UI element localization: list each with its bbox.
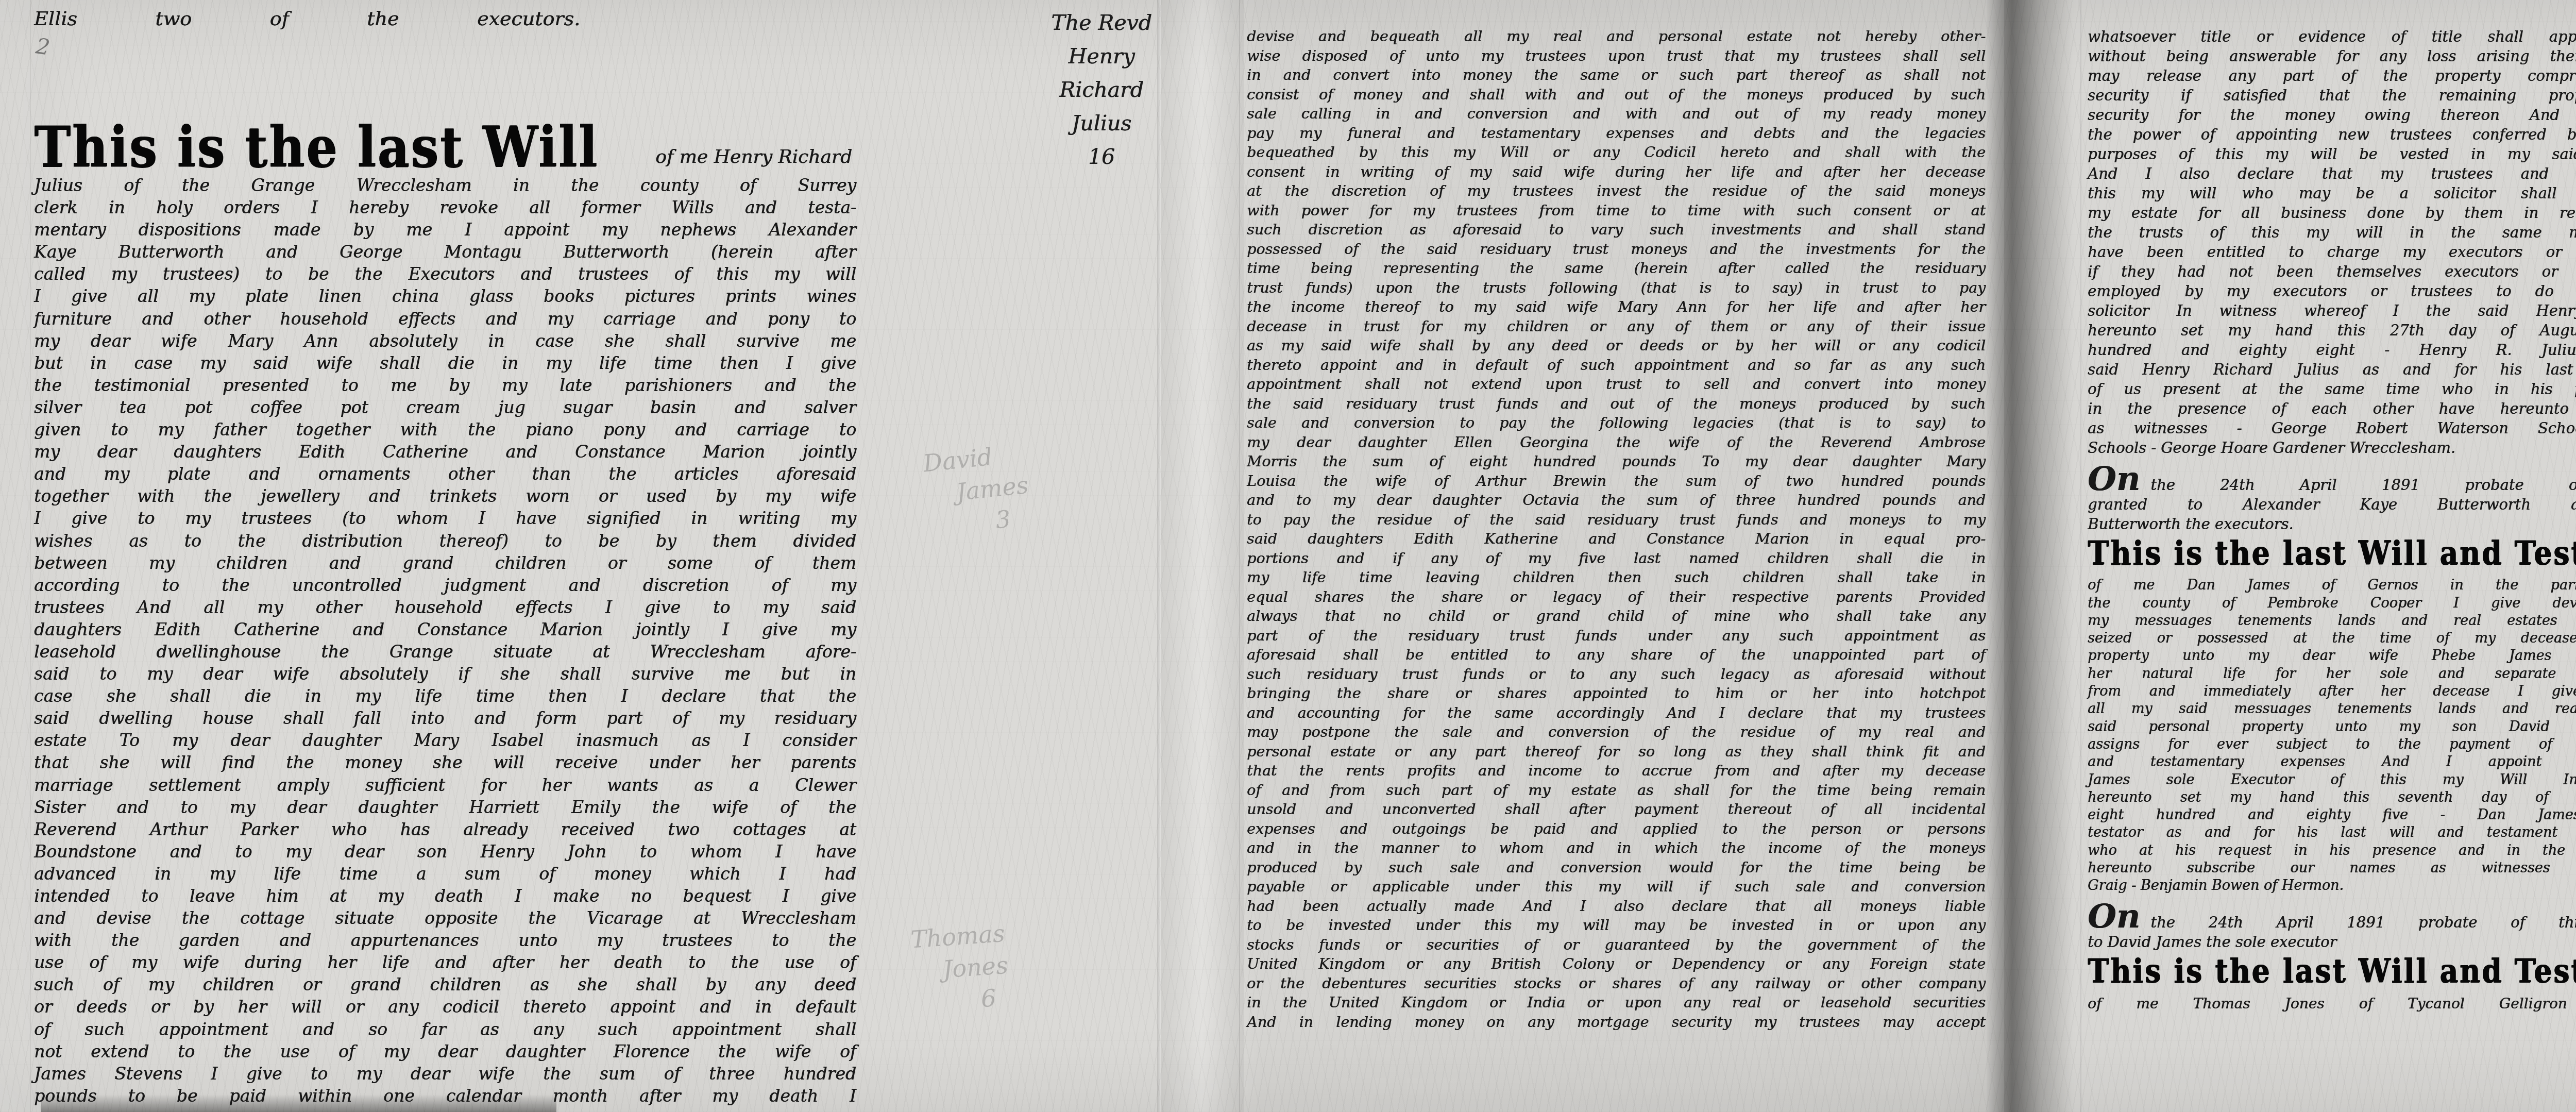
manuscript-line: trustees And all my other household effe… — [34, 596, 856, 618]
manuscript-line: and devise the cottage situate opposite … — [34, 907, 856, 929]
manuscript-line: Butterworth the executors. — [2088, 514, 2576, 534]
manuscript-line: pay my funeral and testamentary expenses… — [1247, 124, 1986, 143]
manuscript-line: the power of appointing new trustees con… — [2088, 125, 2576, 144]
manuscript-line: together with the jewellery and trinkets… — [34, 485, 856, 507]
manuscript-line: in and convert into money the same or su… — [1247, 65, 1986, 85]
manuscript-line: said dwelling house shall fall into and … — [34, 707, 856, 729]
probate-line-rest: the 24th April 1891 probate of this will… — [2150, 913, 2576, 932]
manuscript-line: of me Dan James of Gernos in the parish … — [2088, 577, 2576, 594]
manuscript-line: solicitor In witness whereof I the said … — [2088, 301, 2576, 321]
margin-rule-left — [30, 0, 31, 1112]
margin-note-julius: The RevdHenryRichardJulius16 — [1014, 6, 1189, 174]
manuscript-line: intended to leave him at my death I make… — [34, 885, 856, 907]
manuscript-line: hereunto subscribe our names as witnesse… — [2088, 860, 2576, 877]
will-body-julius-end: whatsoever title or evidence of title sh… — [2088, 27, 2576, 458]
margin-rule-middle — [1239, 0, 1240, 1112]
manuscript-line: equal shares the share or legacy of thei… — [1247, 587, 1986, 607]
book-spine-shadow — [1987, 0, 2084, 1112]
manuscript-line: consent in writing of my said wife durin… — [1247, 162, 1986, 182]
manuscript-line: such of my children or grand children as… — [34, 973, 856, 996]
manuscript-line: seized or possessed at the time of my de… — [2088, 630, 2576, 647]
manuscript-line: with power for my trustees from time to … — [1247, 201, 1986, 221]
probate-initial-on: On — [2088, 466, 2150, 493]
probate-initial-on: On — [2088, 903, 2150, 930]
manuscript-line: called my trustees) to be the Executors … — [34, 263, 856, 285]
manuscript-line: security for the money owing thereon And… — [2088, 105, 2576, 125]
manuscript-line: furniture and other household effects an… — [34, 308, 856, 330]
pencil-note-thomas-jones: ThomasJones6 — [910, 917, 1011, 1019]
manuscript-line: as my said wife shall by any deed or dee… — [1247, 336, 1986, 356]
manuscript-line: bequeathed by this my Will or any Codici… — [1247, 143, 1986, 162]
manuscript-line: my dear wife Mary Ann absolutely in case… — [34, 330, 856, 352]
manuscript-line: silver tea pot coffee pot cream jug suga… — [34, 396, 856, 418]
manuscript-line: 3 — [994, 500, 1033, 536]
gothic-heading-text: This is the last Will — [34, 121, 599, 174]
manuscript-line: portions and if any of my five last name… — [1247, 549, 1986, 568]
heading-continuation: of me Henry Richard — [648, 146, 852, 174]
manuscript-line: or the debentures securities stocks or s… — [1247, 974, 1986, 993]
margin-rule-right — [2080, 0, 2081, 1112]
manuscript-line: granted to Alexander Kaye Butterworth an… — [2088, 495, 2576, 514]
manuscript-line: such residuary trust funds or to any suc… — [1247, 665, 1986, 684]
manuscript-line: said personal property unto my son David… — [2088, 718, 2576, 736]
manuscript-line: Richard — [1014, 73, 1189, 107]
manuscript-line: with the garden and appurtenances unto m… — [34, 929, 856, 951]
manuscript-line: payable or applicable under this my will… — [1247, 877, 1986, 897]
manuscript-line: such discretion as aforesaid to vary suc… — [1247, 220, 1986, 240]
manuscript-line: Henry — [1014, 40, 1189, 73]
manuscript-line: marriage settlement amply sufficient for… — [34, 774, 856, 796]
will-heading-julius: This is the last Will of me Henry Richar… — [34, 82, 856, 174]
manuscript-line: And I also declare that my trustees and … — [2088, 164, 2576, 183]
manuscript-line: and in the manner to whom and in which t… — [1247, 838, 1986, 858]
manuscript-line: and to my dear daughter Octavia the sum … — [1247, 491, 1986, 510]
manuscript-line: of us present at the same time who in hi… — [2088, 379, 2576, 399]
manuscript-line: to be invested under this my will may be… — [1247, 916, 1986, 935]
manuscript-line: Sister and to my dear daughter Harriett … — [34, 796, 856, 818]
manuscript-line: estate To my dear daughter Mary Isabel i… — [34, 729, 856, 751]
manuscript-line: thereto appoint and in default of such a… — [1247, 356, 1986, 375]
pencil-note-david-james: DavidJames3 — [922, 437, 1033, 543]
manuscript-line: expenses and outgoings be paid and appli… — [1247, 819, 1986, 839]
manuscript-line: whatsoever title or evidence of title sh… — [2088, 27, 2576, 46]
manuscript-line: not extend to the use of my dear daughte… — [34, 1040, 856, 1063]
manuscript-line: my dear daughters Edith Catherine and Co… — [34, 441, 856, 463]
manuscript-line: case she shall die in my life time then … — [34, 685, 856, 707]
previous-will-fragment: Ellis two of the executors. — [34, 0, 580, 82]
manuscript-line: possessed of the said residuary trust mo… — [1247, 240, 1986, 259]
probate-lines: to David James the sole executor — [2088, 932, 2576, 952]
manuscript-line: 6 — [980, 981, 1011, 1015]
manuscript-line: sale calling in and conversion and with … — [1247, 104, 1986, 124]
manuscript-line: my messuages tenements lands and real es… — [2088, 612, 2576, 630]
manuscript-line: according to the uncontrolled judgment a… — [34, 574, 856, 596]
manuscript-line: hundred and eighty eight - Henry R. Juli… — [2088, 340, 2576, 360]
manuscript-line: in the presence of each other have hereu… — [2088, 399, 2576, 418]
manuscript-line: appointment shall not extend upon trust … — [1247, 375, 1986, 394]
manuscript-line: said daughters Edith Katherine and Const… — [1247, 529, 1986, 549]
manuscript-line: and testamentary expenses And I appoint … — [2088, 753, 2576, 771]
manuscript-line: advanced in my life time a sum of money … — [34, 863, 856, 885]
manuscript-line: The Revd — [1014, 6, 1189, 40]
manuscript-line: may postpone the sale and conversion of … — [1247, 722, 1986, 742]
manuscript-line: and my plate and ornaments other than th… — [34, 463, 856, 485]
manuscript-line: my estate for all business done by them … — [2088, 203, 2576, 223]
register-scan: Ellis two of the executors. This is the … — [0, 0, 2576, 1112]
manuscript-line: always that no child or grand child of m… — [1247, 606, 1986, 626]
manuscript-line: the said residuary trust funds and out o… — [1247, 394, 1986, 414]
manuscript-line: wishes as to the distribution thereof) t… — [34, 530, 856, 552]
manuscript-line: between my children and grand children o… — [34, 552, 856, 574]
manuscript-line: Jones — [942, 949, 1009, 986]
manuscript-line: time being representing the same (herein… — [1247, 259, 1986, 278]
manuscript-line: hereunto set my hand this 27th day of Au… — [2088, 321, 2576, 340]
manuscript-line: who at his request in his presence and i… — [2088, 842, 2576, 860]
manuscript-line: that the rents profits and income to acc… — [1247, 761, 1986, 781]
manuscript-line: assigns for ever subject to the payment … — [2088, 736, 2576, 753]
manuscript-line: from and immediately after her decease I… — [2088, 683, 2576, 700]
manuscript-line: clerk in holy orders I hereby revoke all… — [34, 196, 856, 218]
manuscript-line: mentary dispositions made by me I appoin… — [34, 218, 856, 241]
manuscript-line: said Henry Richard Julius as and for his… — [2088, 360, 2576, 379]
manuscript-line: part of the residuary trust funds under … — [1247, 626, 1986, 646]
manuscript-line: Graig - Benjamin Bowen of Hermon. — [2088, 877, 2576, 895]
manuscript-line: if they had not been themselves executor… — [2088, 262, 2576, 281]
will-heading-thomas-jones: This is the last Will and Testament — [2088, 957, 2576, 989]
manuscript-line: given to my father together with the pia… — [34, 418, 856, 441]
manuscript-line: to David James the sole executor — [2088, 932, 2576, 952]
manuscript-line: decease in trust for my children or any … — [1247, 317, 1986, 336]
manuscript-line: Kaye Butterworth and George Montagu Butt… — [34, 241, 856, 263]
manuscript-line: Reverend Arthur Parker who has already r… — [34, 818, 856, 840]
manuscript-line: Boundstone and to my dear son Henry John… — [34, 840, 856, 863]
manuscript-line: Julius — [1014, 107, 1189, 140]
manuscript-line: that she will find the money she will re… — [34, 751, 856, 773]
manuscript-line: all my said messuages tenements lands an… — [2088, 700, 2576, 718]
manuscript-line: of me Thomas Jones of Tycanol Gelligron … — [2088, 995, 2576, 1013]
manuscript-line: eight hundred and eighty five - Dan Jame… — [2088, 806, 2576, 824]
manuscript-line: James sole Executor of this my Will In w… — [2088, 771, 2576, 789]
manuscript-line: the county of Pembroke Cooper I give dev… — [2088, 595, 2576, 612]
manuscript-line: to pay the residue of the said residuary… — [1247, 510, 1986, 530]
manuscript-line: may release any part of the property com… — [2088, 66, 2576, 86]
manuscript-line: stocks funds or securities of or guarant… — [1247, 935, 1986, 955]
will-text-column-middle: devise and bequeath all my real and pers… — [1247, 0, 1986, 1032]
probate-first-line: On the 24th April 1891 probate of this w… — [2088, 903, 2576, 932]
manuscript-line: And in lending money on any mortgage sec… — [1247, 1013, 1986, 1032]
manuscript-line: had been actually made And I also declar… — [1247, 897, 1986, 916]
manuscript-line: at the discretion of my trustees invest … — [1247, 181, 1986, 201]
manuscript-line: consist of money and shall with and out … — [1247, 85, 1986, 105]
manuscript-line: and accounting for the same accordingly … — [1247, 703, 1986, 723]
probate-clause-dan-james: On the 24th April 1891 probate of this w… — [2088, 903, 2576, 952]
manuscript-line: bringing the share or shares appointed t… — [1247, 684, 1986, 703]
gothic-heading-text: This is the last Will and Testament — [2088, 534, 2576, 571]
will-body-julius-middle: devise and bequeath all my real and pers… — [1247, 27, 1986, 1032]
will-body-dan-james: of me Dan James of Gernos in the parish … — [2088, 577, 2576, 895]
probate-first-line: On the 24th April 1891 probate of this w… — [2088, 466, 2576, 495]
manuscript-line: property unto my dear wife Phebe James d… — [2088, 647, 2576, 665]
manuscript-line: Schools - George Hoare Gardener Wreccles… — [2088, 438, 2576, 458]
manuscript-line: personal estate or any part thereof for … — [1247, 742, 1986, 762]
manuscript-line: leasehold dwellinghouse the Grange situa… — [34, 641, 856, 663]
manuscript-line: I give to my trustees (to whom I have si… — [34, 507, 856, 529]
manuscript-line: trust funds) upon the trusts following (… — [1247, 278, 1986, 298]
manuscript-line: employed by my executors or trustees to … — [2088, 281, 2576, 301]
manuscript-line: aforesaid shall be entitled to any share… — [1247, 645, 1986, 665]
probate-clause-julius: On the 24th April 1891 probate of this w… — [2088, 466, 2576, 534]
manuscript-line: hereunto set my hand this seventh day of… — [2088, 789, 2576, 806]
will-text-column-right: whatsoever title or evidence of title sh… — [2088, 0, 2576, 1013]
manuscript-line: wise disposed of unto my trustees upon t… — [1247, 46, 1986, 66]
manuscript-line: of such appointment and so far as any su… — [34, 1018, 856, 1040]
manuscript-line: United Kingdom or any British Colony or … — [1247, 954, 1986, 974]
manuscript-line: purposes of this my will be vested in my… — [2088, 144, 2576, 164]
manuscript-line: produced by such sale and conversion wou… — [1247, 858, 1986, 878]
probate-lines: granted to Alexander Kaye Butterworth an… — [2088, 495, 2576, 534]
manuscript-line: my dear daughter Ellen Georgina the wife… — [1247, 433, 1986, 452]
manuscript-line: the trusts of this my will in the same m… — [2088, 223, 2576, 242]
manuscript-line: the income thereof to my said wife Mary … — [1247, 297, 1986, 317]
manuscript-line: 16 — [1014, 140, 1189, 174]
manuscript-line: Morris the sum of eight hundred pounds T… — [1247, 452, 1986, 471]
manuscript-line: security if satisfied that the remaining… — [2088, 86, 2576, 105]
manuscript-line: daughters Edith Catherine and Constance … — [34, 618, 856, 641]
manuscript-line: have been entitled to charge my executor… — [2088, 242, 2576, 262]
manuscript-line: as witnesses - George Robert Waterson Sc… — [2088, 418, 2576, 438]
manuscript-line: but in case my said wife shall die in my… — [34, 352, 856, 374]
manuscript-line: pounds to be paid within one calendar mo… — [34, 1085, 856, 1107]
manuscript-line: the testimonial presented to me by my la… — [34, 374, 856, 396]
manuscript-line: sale and conversion to pay the following… — [1247, 413, 1986, 433]
will-body-julius-left: Julius of the Grange Wrecclesham in the … — [34, 174, 856, 1107]
manuscript-line: of and from such part of my estate as sh… — [1247, 781, 1986, 800]
manuscript-line: I give all my plate linen china glass bo… — [34, 285, 856, 307]
manuscript-line: Louisa the wife of Arthur Brewin the sum… — [1247, 471, 1986, 491]
manuscript-line: use of my wife during her life and after… — [34, 951, 856, 973]
manuscript-line: her natural life for her sole and separa… — [2088, 665, 2576, 683]
will-text-column-left: Ellis two of the executors. This is the … — [34, 0, 856, 1107]
gothic-heading-text: This is the last Will and Testament — [2088, 952, 2576, 989]
manuscript-line: devise and bequeath all my real and pers… — [1247, 27, 1986, 46]
manuscript-line: testator as and for his last will and te… — [2088, 824, 2576, 841]
manuscript-line: or deeds or by her will or any codicil t… — [34, 996, 856, 1018]
manuscript-line: my life time leaving children then such … — [1247, 568, 1986, 587]
manuscript-line: said to my dear wife absolutely if she s… — [34, 663, 856, 685]
manuscript-line: unsold and unconverted shall after payme… — [1247, 800, 1986, 819]
manuscript-line: without being answerable for any loss ar… — [2088, 46, 2576, 66]
manuscript-line: this my will who may be a solicitor shal… — [2088, 183, 2576, 203]
manuscript-line: James Stevens I give to my dear wife the… — [34, 1063, 856, 1085]
will-heading-dan-james: This is the last Will and Testament — [2088, 539, 2576, 571]
will-opening-thomas-jones: of me Thomas Jones of Tycanol Gelligron … — [2088, 995, 2576, 1013]
probate-line-rest: the 24th April 1891 probate of this will… — [2150, 475, 2576, 495]
manuscript-line: in the United Kingdom or India or upon a… — [1247, 993, 1986, 1013]
